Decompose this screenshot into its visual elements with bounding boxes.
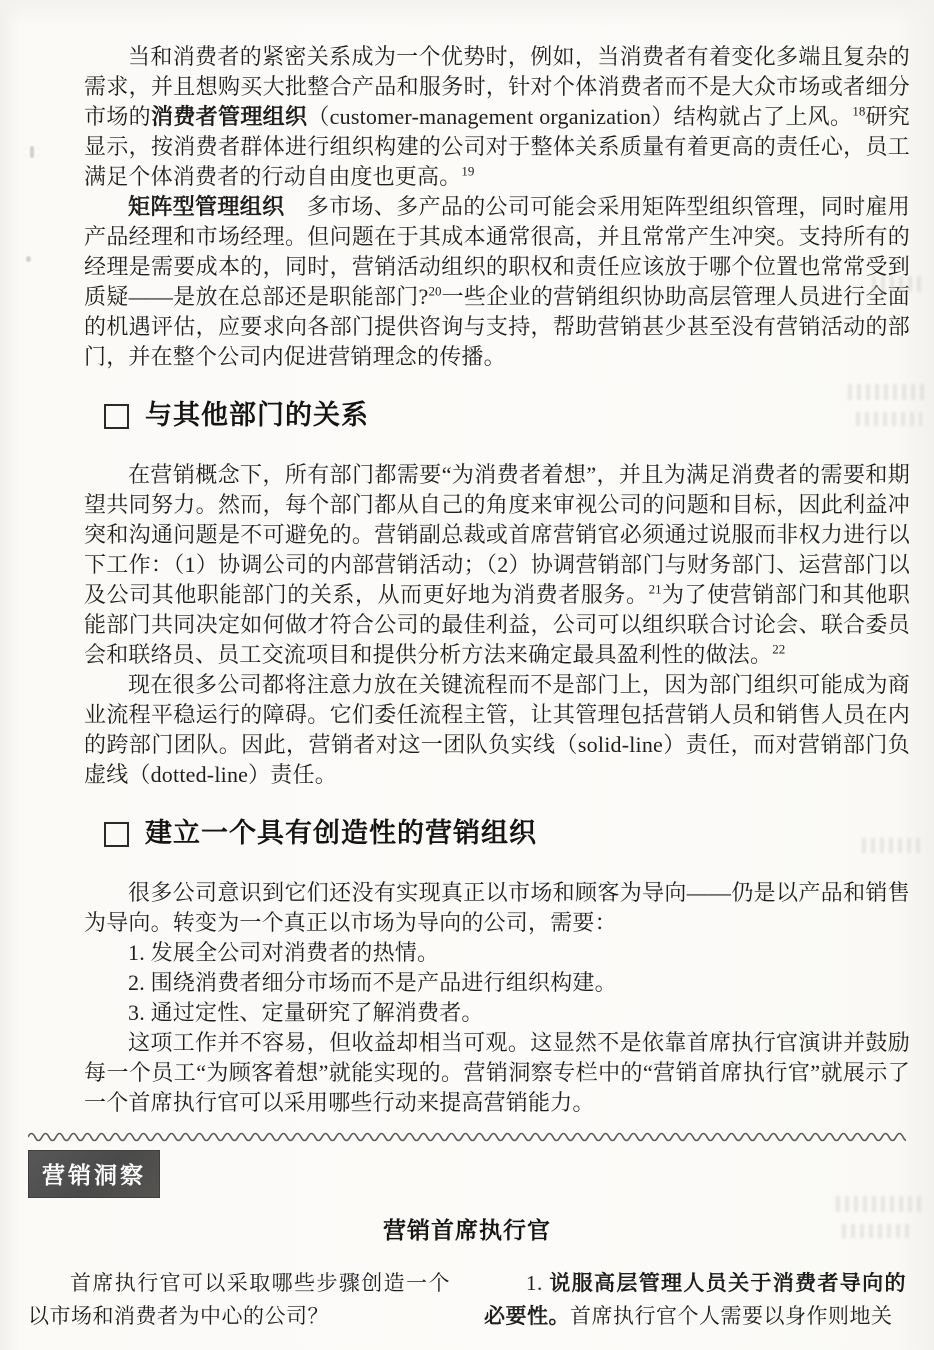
scan-speck (26, 256, 31, 262)
insight-right-column: 1. 说服高层管理人员关于消费者导向的必要性。首席执行官个人需要以身作则地关 (484, 1267, 906, 1333)
wavy-divider (28, 1130, 906, 1142)
section-heading-text: 建立一个具有创造性的营销组织 (145, 818, 537, 848)
paragraph-matrix-management-org: 矩阵型管理组织 多市场、多产品的公司可能会采用矩阵型组织管理，同时雇用产品经理和… (84, 192, 910, 372)
insight-question: 首席执行官可以采取哪些步骤创造一个以市场和消费者为中心的公司？ (28, 1267, 450, 1333)
insight-title: 营销首席执行官 (28, 1212, 906, 1245)
marketing-insight-section: 营销洞察 营销首席执行官 首席执行官可以采取哪些步骤创造一个以市场和消费者为中心… (0, 1142, 934, 1333)
list-item: 1. 发展全公司对消费者的热情。 (84, 938, 910, 968)
square-bullet-icon (104, 404, 129, 429)
numbered-list: 1. 发展全公司对消费者的热情。 2. 围绕消费者细分市场而不是产品进行组织构建… (84, 938, 910, 1028)
section-heading-relations: 与其他部门的关系 (104, 398, 910, 432)
paragraph-customer-management-org: 当和消费者的紧密关系成为一个优势时，例如，当消费者有着变化多端且复杂的需求，并且… (84, 42, 910, 192)
list-item: 3. 通过定性、定量研究了解消费者。 (84, 998, 910, 1028)
insight-step-1: 1. 说服高层管理人员关于消费者导向的必要性。首席执行官个人需要以身作则地关 (484, 1267, 906, 1333)
paragraph-not-easy: 这项工作并不容易，但收益却相当可观。这显然不是依靠首席执行官演讲并鼓励每一个员工… (84, 1028, 910, 1118)
insight-badge: 营销洞察 (28, 1150, 160, 1198)
scan-speck (30, 146, 34, 158)
square-bullet-icon (104, 822, 129, 847)
list-item: 2. 围绕消费者细分市场而不是产品进行组织构建。 (84, 968, 910, 998)
paragraph-market-orientation: 很多公司意识到它们还没有实现真正以市场和顾客为导向——仍是以产品和销售为导向。转… (84, 878, 910, 938)
book-page: 当和消费者的紧密关系成为一个优势时，例如，当消费者有着变化多端且复杂的需求，并且… (0, 0, 934, 1350)
insight-left-column: 首席执行官可以采取哪些步骤创造一个以市场和消费者为中心的公司？ (28, 1267, 450, 1333)
paragraph-marketing-concept: 在营销概念下，所有部门都需要“为消费者着想”，并且为满足消费者的需要和期望共同努… (84, 460, 910, 670)
page-body: 当和消费者的紧密关系成为一个优势时，例如，当消费者有着变化多端且复杂的需求，并且… (84, 42, 910, 1118)
insight-columns: 首席执行官可以采取哪些步骤创造一个以市场和消费者为中心的公司？ 1. 说服高层管… (28, 1267, 906, 1333)
paragraph-key-processes: 现在很多公司都将注意力放在关键流程而不是部门上，因为部门组织可能成为商业流程平稳… (84, 670, 910, 790)
section-heading-creative-org: 建立一个具有创造性的营销组织 (104, 816, 910, 850)
section-heading-text: 与其他部门的关系 (145, 400, 369, 430)
